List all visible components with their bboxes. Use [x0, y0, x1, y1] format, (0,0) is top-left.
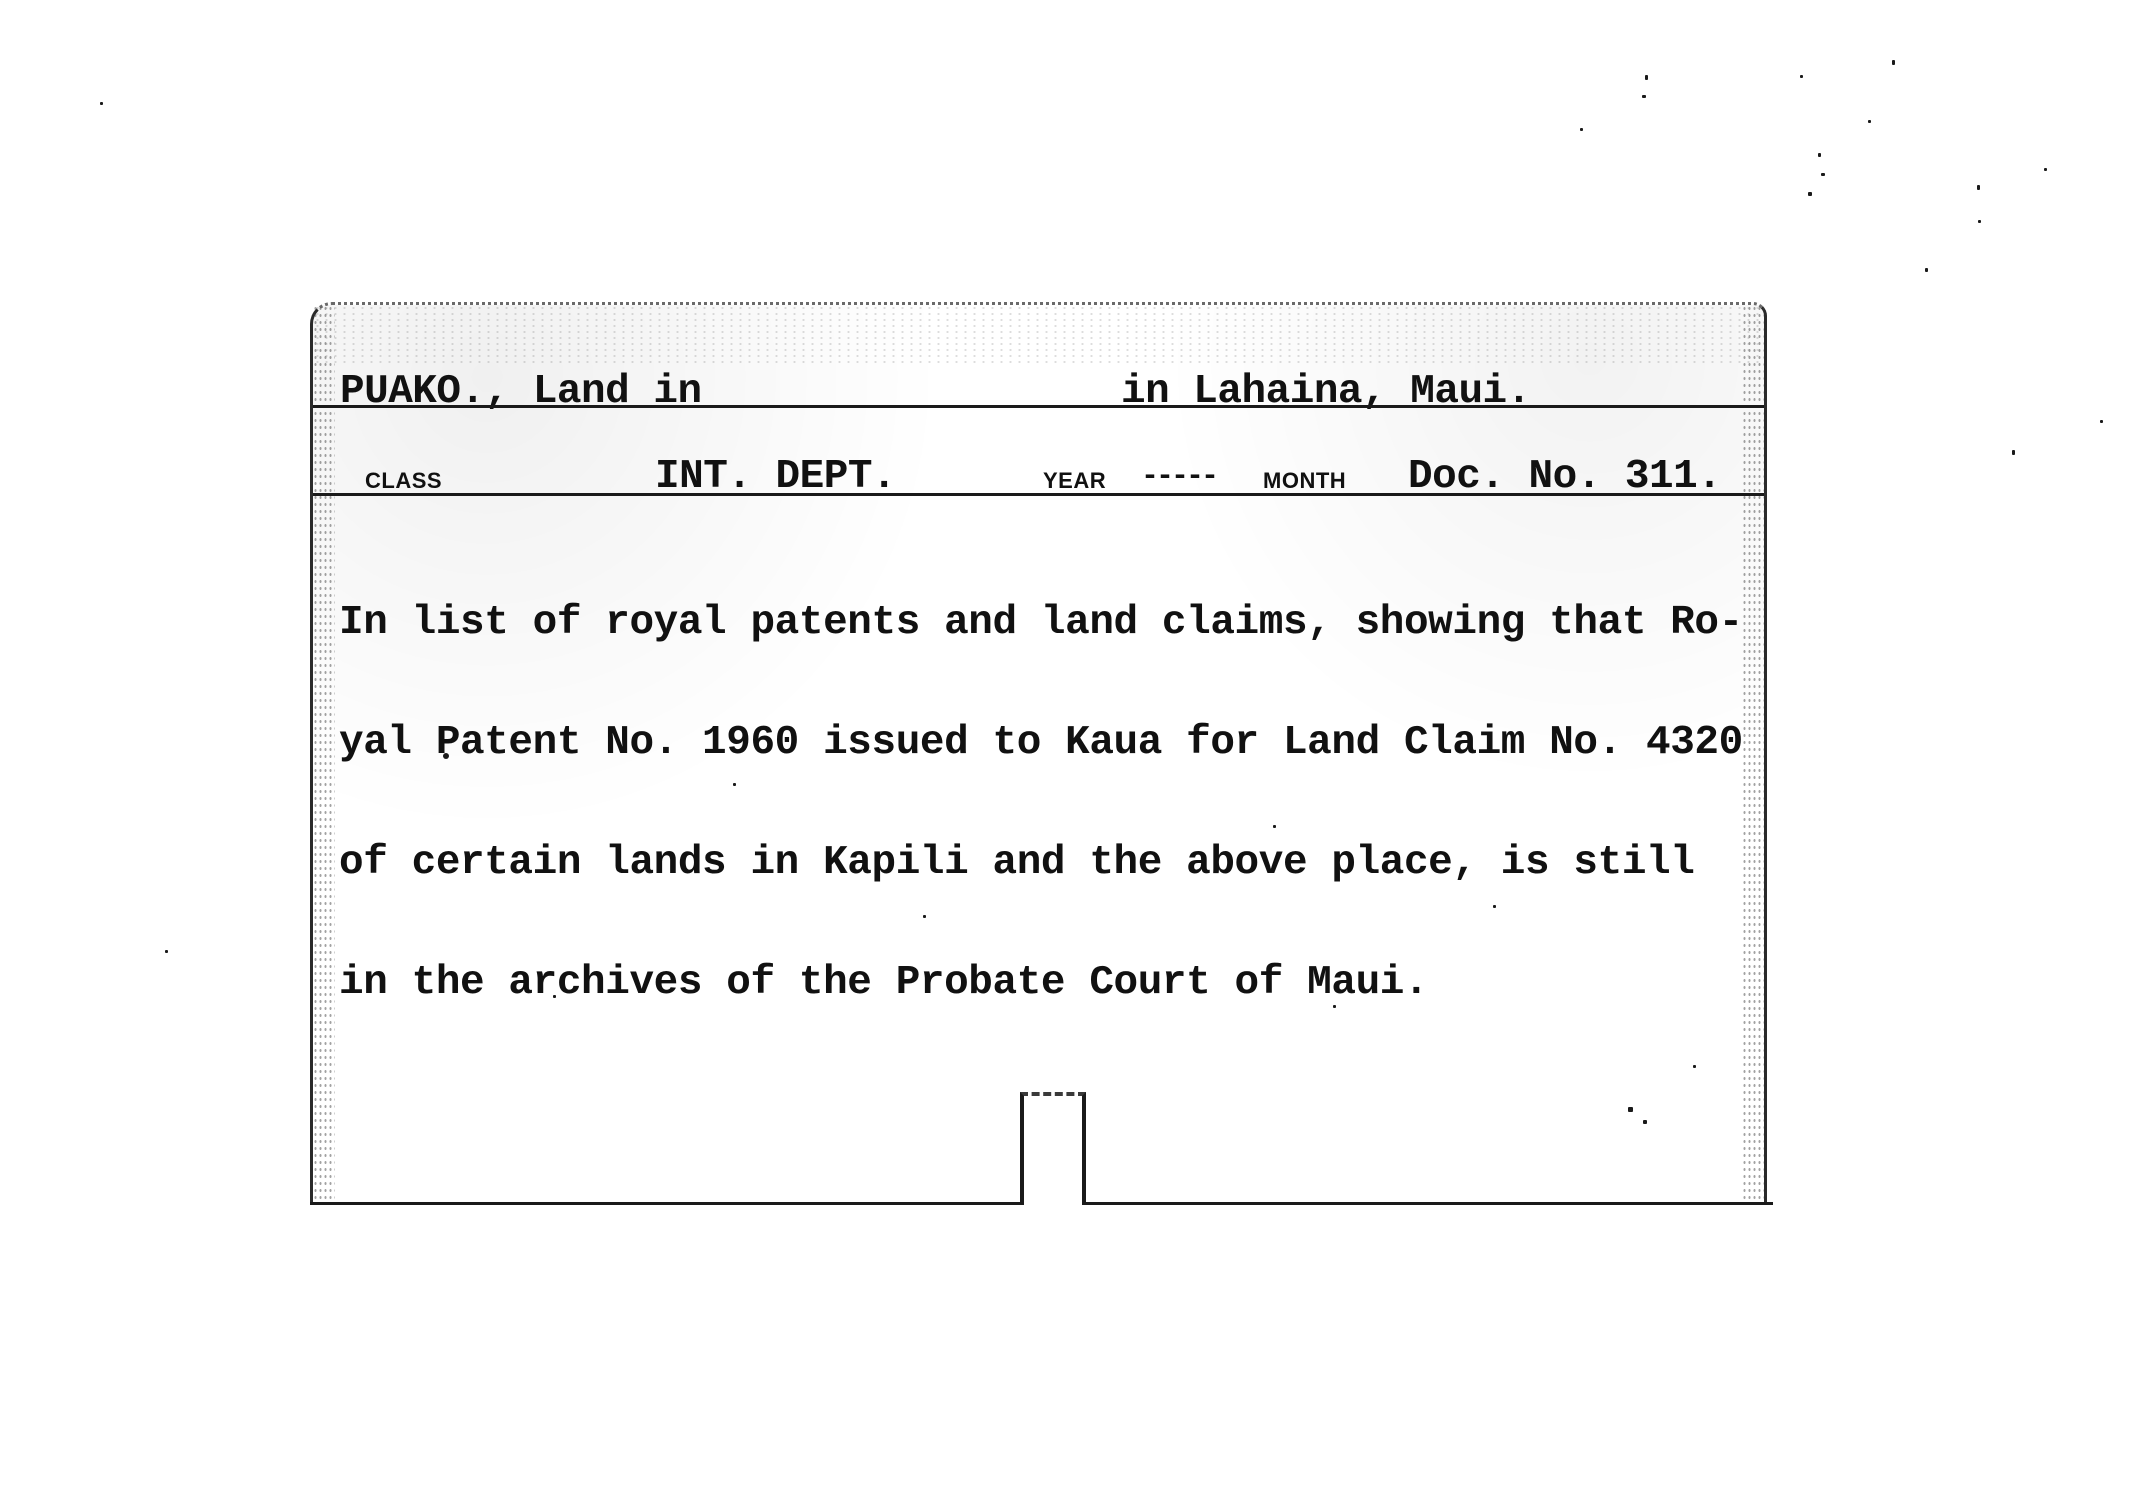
card-speck	[1643, 1120, 1647, 1124]
doc-number: Doc. No. 311.	[1408, 457, 1721, 498]
scan-speck	[1645, 75, 1648, 80]
card-speck	[1693, 1065, 1696, 1068]
scan-speck	[1925, 268, 1928, 272]
class-value: INT. DEPT.	[655, 457, 896, 498]
scan-speck	[1818, 153, 1821, 157]
card-speck	[1628, 1107, 1633, 1112]
meta-rule	[313, 493, 1764, 496]
card-speck	[1333, 1005, 1336, 1008]
card-bottom-edge	[310, 1202, 1020, 1205]
card-texture-right	[1742, 305, 1764, 1202]
body-line: of certain lands in Kapili and the above…	[339, 843, 1743, 883]
body-line: In list of royal patents and land claims…	[339, 603, 1743, 643]
year-value: -----	[1141, 457, 1216, 498]
scan-speck	[1868, 120, 1871, 123]
scan-speck	[2044, 168, 2047, 171]
index-card: PUAKO., Land in in Lahaina, Maui. CLASS …	[310, 302, 1767, 1202]
scan-speck	[165, 950, 168, 953]
class-label: CLASS	[365, 470, 442, 492]
scan-speck	[1800, 75, 1803, 78]
scan-speck	[2012, 450, 2015, 455]
card-speck	[923, 915, 926, 918]
scan-speck	[1892, 60, 1895, 65]
month-label: MONTH	[1263, 470, 1346, 492]
card-bottom-edge	[1085, 1202, 1773, 1205]
scan-speck	[1977, 185, 1980, 190]
body-line: in the archives of the Probate Court of …	[339, 963, 1743, 1003]
body-line: yal Patent No. 1960 issued to Kaua for L…	[339, 723, 1743, 763]
header-rule	[313, 405, 1764, 408]
scan-speck	[2100, 420, 2103, 423]
scan-speck	[100, 102, 103, 105]
year-label: YEAR	[1043, 470, 1106, 492]
card-speck	[1493, 905, 1496, 908]
card-speck	[553, 995, 556, 998]
card-texture-left	[313, 305, 335, 1202]
scan-speck	[1978, 220, 1981, 223]
scan-speck	[1821, 173, 1825, 176]
card-file-notch	[1020, 1092, 1086, 1205]
scan-speck	[1808, 192, 1812, 196]
scan-speck	[1642, 95, 1646, 98]
card-speck	[1273, 825, 1276, 828]
scan-speck	[1580, 128, 1583, 131]
card-texture-top	[313, 305, 1764, 365]
card-body: In list of royal patents and land claims…	[339, 523, 1743, 1083]
card-speck	[733, 783, 736, 786]
card-speck	[443, 753, 449, 759]
